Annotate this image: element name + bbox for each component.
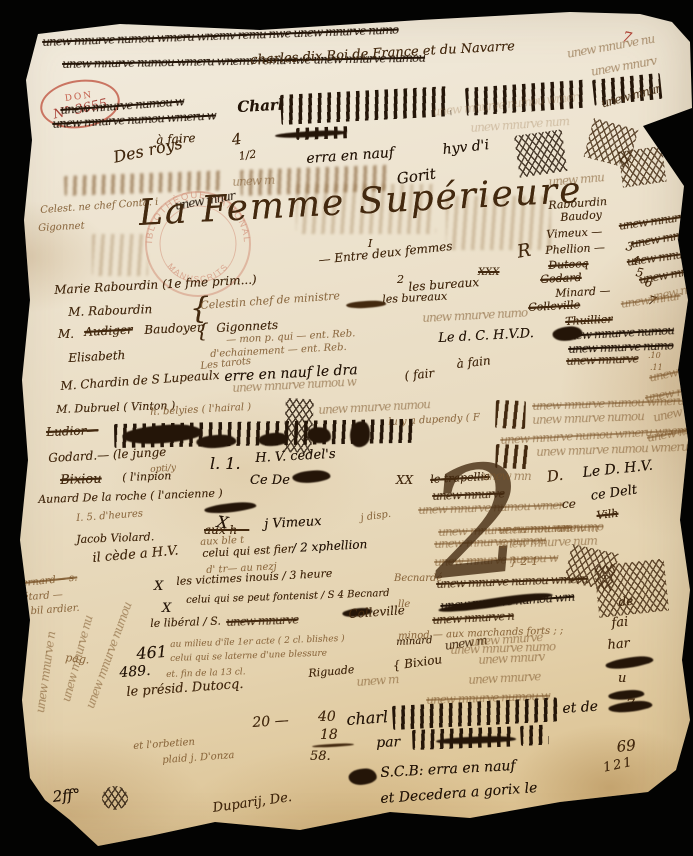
handwriting-text: j disp. (360, 510, 392, 524)
handwriting-text: ( fair (404, 367, 435, 382)
ink-blot (312, 743, 354, 748)
handwriting-text: Le d. C. H.V.D. (438, 327, 534, 345)
handwriting-scribble: unew mnurve (226, 613, 298, 628)
handwriting-text: R (516, 242, 532, 262)
handwriting-text: XX (396, 474, 413, 486)
handwriting-scribble: unew mnurve numou wmeru (536, 441, 688, 458)
handwriting-text: D. (546, 468, 564, 485)
handwriting-text: 4 (231, 132, 243, 148)
handwriting-text: il cède a H.V. (92, 544, 179, 564)
handwriting-text: les bureaux (382, 291, 447, 305)
handwriting-text: le libéral / S. (150, 616, 221, 629)
ink-tally-marks (92, 234, 148, 276)
handwriting-text: charl (346, 709, 389, 728)
handwriting-text: 69 (616, 738, 637, 755)
handwriting-scribble: unew mnurve numou wmeru wnemv remu nwe u… (42, 24, 398, 48)
handwriting-text: Gigonnet (38, 222, 85, 234)
ink-hatch-doodle (594, 559, 669, 618)
ink-tally-marks (495, 400, 526, 429)
handwriting-text: Colleville (348, 604, 405, 620)
ink-blot (196, 434, 237, 449)
handwriting-text: M. Chardin de S Lupeaulx (60, 369, 220, 392)
handwriting-text: 121 (602, 756, 635, 775)
handwriting-scribble: unew mn (482, 470, 531, 482)
handwriting-text: Bixiou (60, 473, 102, 487)
handwriting-text: X (162, 602, 171, 615)
handwriting-scribble: unew mnurve (618, 210, 691, 232)
handwriting-text: Thuillier (565, 314, 613, 327)
ink-tally-marks (495, 444, 528, 469)
handwriting-scribble: unew mnurve numou (318, 398, 430, 416)
handwriting-text: le présid. Dutocq. (126, 678, 244, 699)
handwriting-text: u (618, 672, 626, 685)
handwriting-text: Ce De (250, 474, 290, 487)
handwriting-text: M. (58, 328, 74, 340)
handwriting-text: Duparij, De. (212, 791, 293, 815)
handwriting-text: Ludior— (46, 424, 99, 438)
manuscript-photo: DON N° 3655 BIBLIOTHÈQUE NATIONALE MANUS… (0, 0, 693, 856)
handwriting-text: 1/2 (238, 149, 257, 162)
ink-blot (204, 501, 257, 515)
handwriting-text: / 2 xphellion (292, 538, 368, 554)
handwriting-text: Phellion — (545, 242, 605, 256)
handwriting-text: j Vimeux (264, 515, 322, 531)
handwriting-text: celui qui se laterne d'une blessure (170, 650, 327, 664)
handwriting-scribble: unew mnurve (468, 670, 541, 686)
ink-hatch-doodle (102, 786, 128, 810)
handwriting-text: Aunard De la roche ( l'ancienne ) (38, 488, 223, 505)
ink-blot (292, 469, 331, 484)
handwriting-text: ( l'inpion (122, 470, 172, 483)
handwriting-text: 2ff° (52, 787, 81, 805)
handwriting-text: erra en nauf (306, 146, 395, 166)
handwriting-scribble: unew mnurve n (34, 631, 57, 714)
handwriting-text: plaid j. D'onza (162, 751, 235, 766)
handwriting-text: et Decedera a gorix le (380, 781, 538, 806)
handwriting-text: Riguade (308, 664, 355, 679)
handwriting-text: XXX (478, 268, 499, 278)
handwriting-text: Audiger (84, 323, 133, 338)
handwriting-text: Dutocq (548, 258, 589, 271)
handwriting-text: Bernard— s. (14, 573, 78, 590)
handwriting-text: 18 (320, 728, 338, 742)
handwriting-text: à fain (456, 354, 491, 370)
handwriting-text: 2 (397, 274, 404, 285)
handwriting-text: 489. (119, 664, 151, 680)
handwriting-text: 461 (136, 644, 168, 662)
handwriting-text: les victimes inouis / 3 heure (176, 568, 333, 587)
manuscript-page: DON N° 3655 BIBLIOTHÈQUE NATIONALE MANUS… (0, 0, 693, 856)
handwriting-text: Godard (540, 272, 582, 285)
ink-hatch-doodle (283, 398, 314, 453)
ink-tally-marks (280, 86, 451, 125)
handwriting-text: Le D. H.V. (582, 459, 654, 480)
handwriting-text: et l'orbetien (133, 738, 195, 752)
handwriting-text: au milieu d'île 1er acte ( 2 cl. blishes… (170, 635, 345, 650)
handwriting-text: fai (611, 616, 629, 630)
ink-blot (348, 768, 377, 786)
handwriting-text: I. 5. d'heures (76, 509, 143, 524)
handwriting-scribble: unew mnurve numou (532, 410, 644, 426)
handwriting-text: Vimeux — (546, 226, 602, 240)
handwriting-text: Baudoyer (144, 321, 203, 336)
handwriting-text: ce (562, 498, 576, 510)
handwriting-text: 58. (310, 750, 331, 763)
handwriting-text: X (154, 580, 163, 593)
handwriting-text: lle (398, 600, 410, 610)
handwriting-text: { Bixiou (392, 653, 443, 672)
handwriting-text: C'étard — (12, 590, 63, 604)
handwriting-text: ce Delt (590, 484, 638, 503)
handwriting-text: de (618, 595, 634, 608)
handwriting-text: celui qui est fier (202, 543, 293, 559)
handwriting-text: S.C.B: erra en nauf (380, 759, 516, 780)
handwriting-text: hyv d'i (442, 138, 490, 157)
handwriting-scribble: unew mnurve (566, 352, 638, 367)
handwriting-text: le bil ardier. (18, 604, 80, 618)
handwriting-text: har (607, 637, 630, 652)
handwriting-text: 20 — (252, 713, 289, 729)
handwriting-text: — Entre deux femmes (318, 240, 453, 266)
handwriting-scribble: unew mnurve numo (422, 307, 527, 324)
handwriting-scribble: unew mnurv (478, 651, 545, 666)
handwriting-text: Charl (237, 98, 284, 115)
handwriting-text: { (196, 320, 209, 340)
ink-hatch-doodle (618, 146, 667, 188)
handwriting-text: Minard — (555, 285, 611, 299)
handwriting-text: et de (562, 700, 598, 716)
handwriting-text: .10 (648, 352, 661, 360)
handwriting-text: M. Rabourdin (68, 303, 152, 318)
handwriting-text: l. 1. (210, 456, 241, 472)
handwriting-text: Baudoy (560, 209, 602, 223)
handwriting-text: celui qui se peut fontenist / S 4 Becnar… (186, 589, 390, 606)
ink-blot (605, 654, 654, 671)
handwriting-text: par (376, 735, 400, 750)
handwriting-text: H. V. cedel's (255, 448, 336, 465)
handwriting-scribble: unew mnu (644, 382, 693, 403)
handwriting-text: Gigonnets (216, 319, 278, 334)
handwriting-text: Elisabeth (68, 349, 126, 364)
handwriting-text: Godard.— (le junge (48, 446, 167, 464)
handwriting-text: Jacob Violard. (76, 531, 154, 545)
handwriting-text: 40 (318, 710, 336, 724)
ink-blot (346, 300, 386, 309)
handwriting-text: minard (396, 636, 433, 648)
handwriting-text: Des roys (112, 135, 184, 165)
handwriting-text: Colleville (528, 299, 580, 313)
ink-tally-marks (520, 725, 549, 746)
handwriting-scribble: unew m (356, 673, 399, 688)
